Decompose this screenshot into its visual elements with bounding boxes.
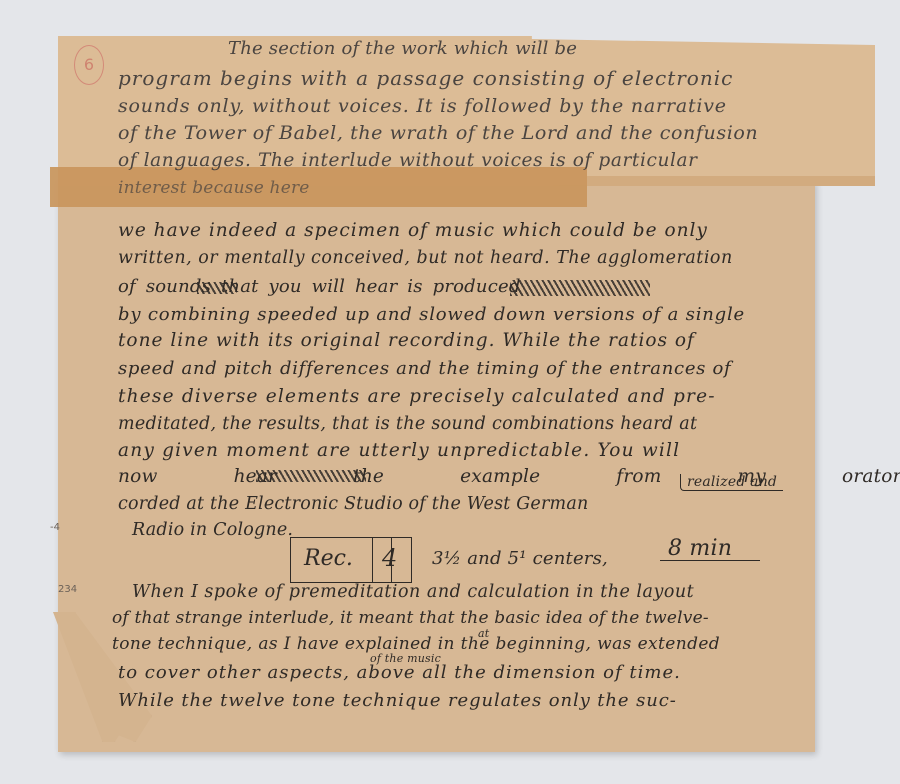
body-line-5: tone line with its original recording. W… <box>118 330 695 351</box>
duration-underline <box>660 560 760 561</box>
rec-duration: 8 min <box>668 536 732 561</box>
strip-line-2: program begins with a passage consisting… <box>118 66 733 90</box>
crossed-out-phrase <box>510 280 650 296</box>
strip-line-1: The section of the work which will be <box>228 38 577 59</box>
body-line-11: corded at the Electronic Studio of the W… <box>118 494 588 514</box>
body-line-8: meditated, the results, that is the soun… <box>118 414 697 434</box>
body-line-12: Radio in Cologne. <box>132 520 293 540</box>
crossed-out-word <box>197 282 237 294</box>
closing-line-1: When I spoke of premeditation and calcul… <box>132 582 694 602</box>
closing-line-5: While the twelve tone technique regulate… <box>118 690 677 711</box>
page-number-marker: 6 <box>74 45 104 85</box>
margin-note-folio: 234 <box>58 584 77 595</box>
crossed-out-words <box>256 470 366 482</box>
rec-details: 3½ and 5¹ centers, <box>432 548 608 569</box>
strip-line-5: of languages. The interlude without voic… <box>118 150 698 171</box>
closing-line-4: to cover other aspects, above all the di… <box>118 662 681 683</box>
body-line-4: by combining speeded up and slowed down … <box>118 304 745 325</box>
closing-line-2: of that strange interlude, it meant that… <box>112 608 709 628</box>
rec-label: Rec. <box>304 546 353 571</box>
strip-lower-edge <box>587 176 875 186</box>
strip-line-4: of the Tower of Babel, the wrath of the … <box>118 122 758 144</box>
closing-line-3: tone technique, as I have explained in t… <box>112 634 720 654</box>
tape-line: interest because here <box>118 178 310 198</box>
margin-note-number: -4 <box>50 522 60 533</box>
insert-note: realized and <box>680 474 783 491</box>
body-line-6: speed and pitch differences and the timi… <box>118 358 731 379</box>
body-line-9: any given moment are utterly unpredictab… <box>118 440 680 461</box>
body-line-2: written, or mentally conceived, but not … <box>118 248 733 268</box>
rec-number: 4 <box>382 544 397 572</box>
body-line-7: these diverse elements are precisely cal… <box>118 386 716 407</box>
strip-line-3: sounds only, without voices. It is follo… <box>118 95 727 117</box>
body-line-3: of sounds that you will hear is produced <box>118 276 521 297</box>
body-line-1: we have indeed a specimen of music which… <box>118 220 708 241</box>
